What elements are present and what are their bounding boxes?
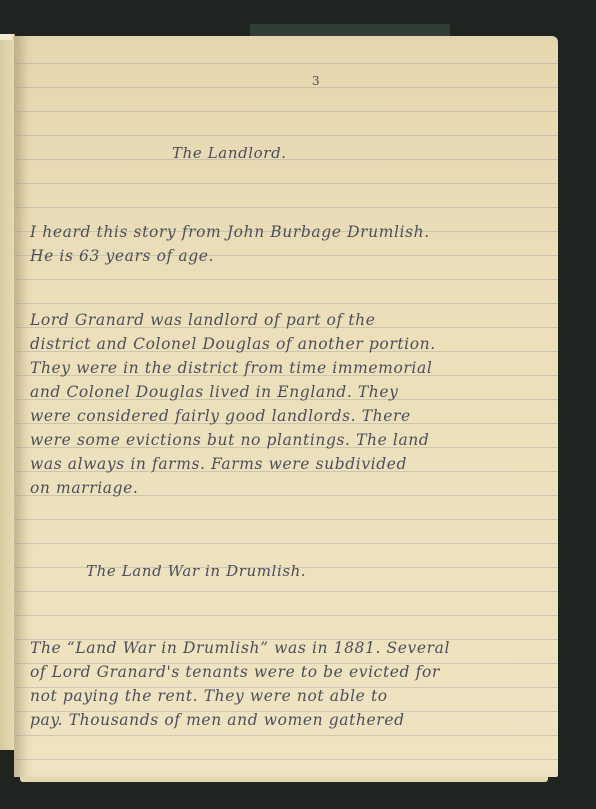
text-line: I heard this story from John Burbage Dru…	[30, 223, 430, 241]
text-line: and Colonel Douglas lived in England. Th…	[30, 383, 399, 401]
backdrop-cover-edge	[250, 24, 450, 36]
text-line: He is 63 years of age.	[30, 247, 214, 265]
text-line: district and Colonel Douglas of another …	[30, 335, 436, 353]
text-line: were considered fairly good landlords. T…	[30, 407, 411, 425]
section-heading-land-war: The Land War in Drumlish.	[86, 562, 306, 580]
text-line: of Lord Granard's tenants were to be evi…	[30, 663, 440, 681]
text-line: They were in the district from time imme…	[30, 359, 432, 377]
notebook-page: 3 The Landlord. I heard this story from …	[14, 36, 558, 777]
left-page-edge	[0, 34, 15, 750]
text-line: were some evictions but no plantings. Th…	[30, 431, 429, 449]
page-number: 3	[312, 74, 320, 88]
text-line: on marriage.	[30, 479, 138, 497]
text-line: was always in farms. Farms were subdivid…	[30, 455, 407, 473]
text-line: pay. Thousands of men and women gathered	[30, 711, 405, 729]
section-heading-landlord: The Landlord.	[172, 144, 287, 162]
text-line: The “Land War in Drumlish” was in 1881. …	[30, 639, 450, 657]
text-line: Lord Granard was landlord of part of the	[30, 311, 376, 329]
text-line: not paying the rent. They were not able …	[30, 687, 388, 705]
